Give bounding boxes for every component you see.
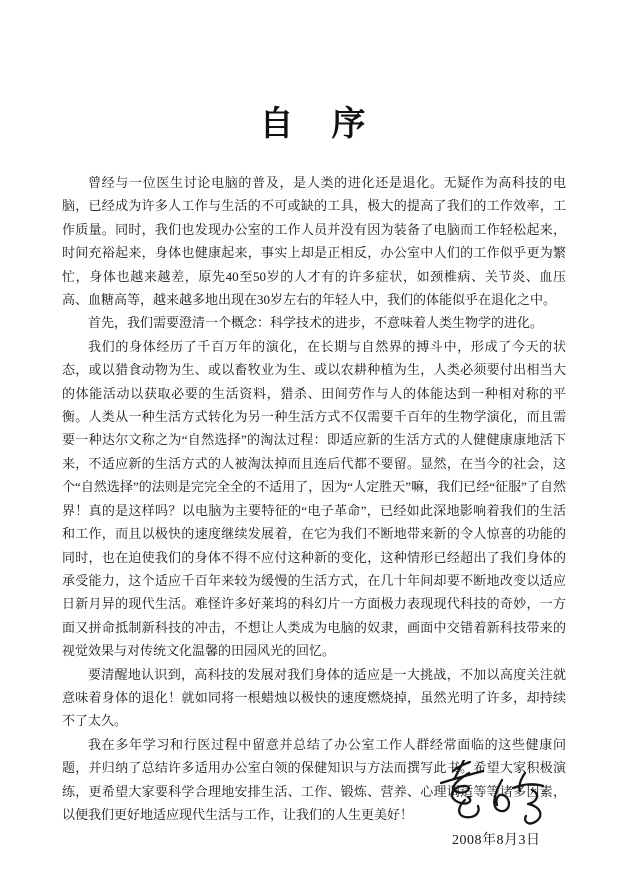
paragraph-1: 曾经与一位医生讨论电脑的普及，是人类的进化还是退化。无疑作为高科技的电脑，已经成…	[62, 171, 566, 311]
handwritten-signature-icon	[438, 760, 550, 832]
paragraph-2: 首先，我们需要澄清一个概念：科学技术的进步，不意味着人类生物学的进化。	[62, 311, 566, 334]
paragraph-4: 要清醒地认识到，高科技的发展对我们身体的适应是一大挑战，不加以高度关注就意味着身…	[62, 663, 566, 733]
preface-body: 曾经与一位医生讨论电脑的普及，是人类的进化还是退化。无疑作为高科技的电脑，已经成…	[62, 171, 566, 826]
page-title: 自 序	[0, 0, 627, 145]
preface-page: 自 序 曾经与一位医生讨论电脑的普及，是人类的进化还是退化。无疑作为高科技的电脑…	[0, 0, 627, 876]
paragraph-3: 我们的身体经历了千百万年的演化，在长期与自然界的搏斗中，形成了今天的状态，或以猎…	[62, 335, 566, 663]
date-text: 2008年8月3日	[452, 829, 552, 849]
